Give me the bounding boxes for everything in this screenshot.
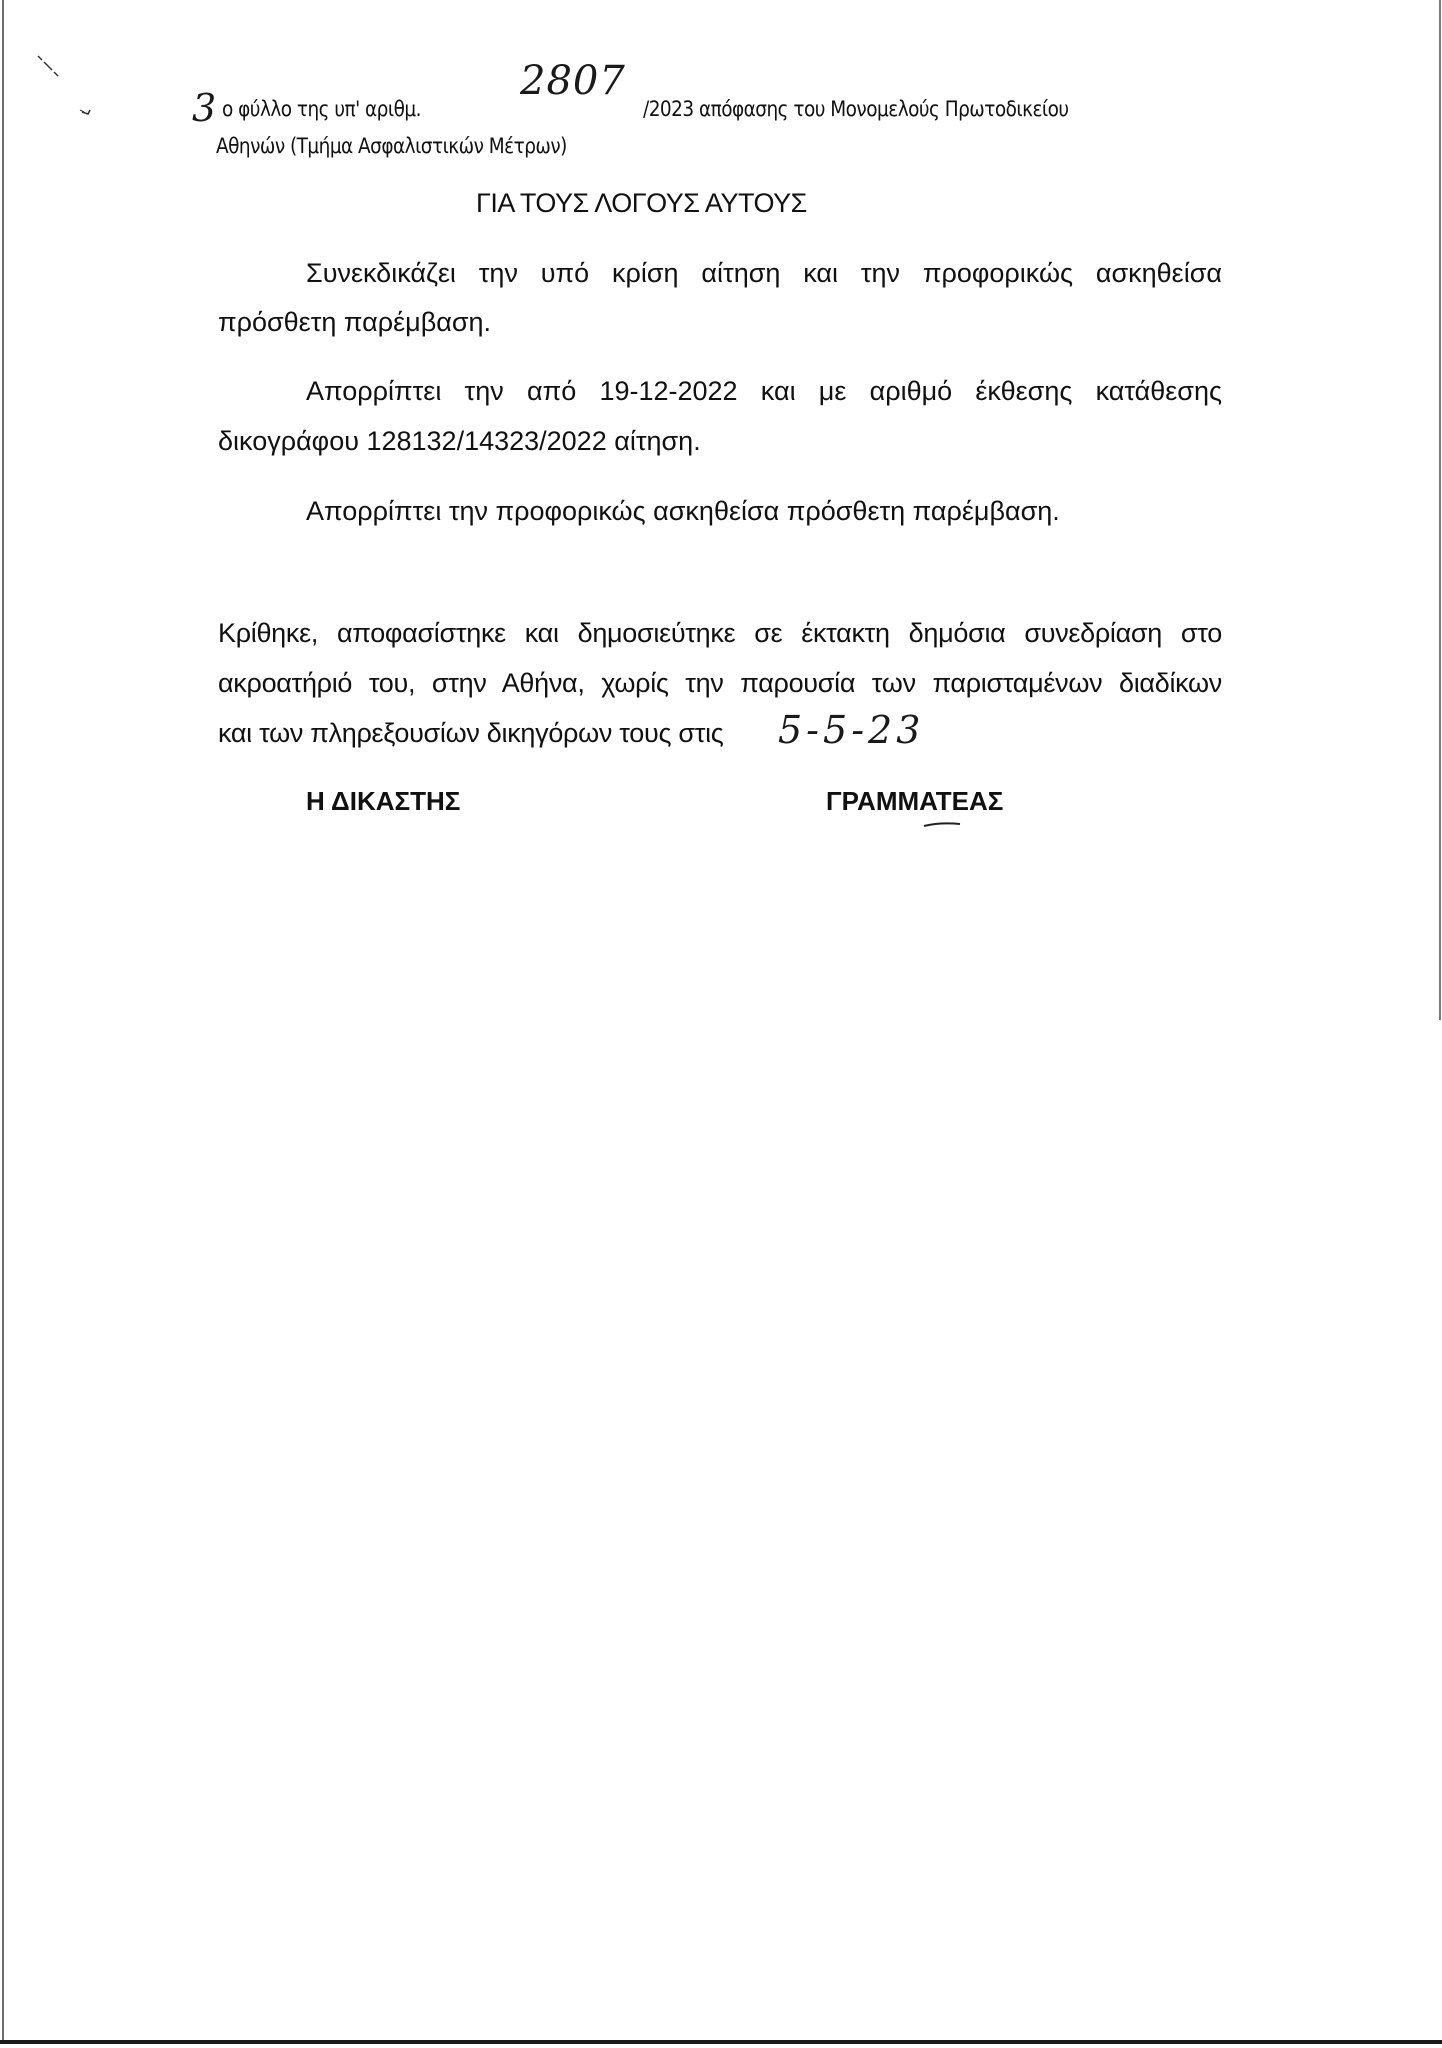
scan-border-bottom [0, 2040, 1442, 2044]
handwritten-date: 5-5-23 [778, 708, 924, 752]
header-line1-suffix: /2023 απόφασης του Μονομελούς Πρωτοδικεί… [643, 97, 1069, 121]
signature-judge-label: Η ΔΙΚΑΣΤΗΣ [306, 786, 460, 817]
ruling-1-line1: Συνεκδικάζει την υπό κρίση αίτηση και τη… [306, 258, 1222, 289]
ruling-1-line2: πρόσθετη παρέμβαση. [218, 307, 491, 338]
ruling-2-line1: Απορρίπτει την από 19-12-2022 και με αρι… [306, 376, 1222, 407]
secretary-signature-mark [920, 818, 980, 832]
ruling-2-line2: δικογράφου 128132/14323/2022 αίτηση. [218, 426, 701, 457]
handwritten-sheet-number: 3 [192, 86, 216, 130]
scan-artifact-marks [30, 50, 120, 120]
closing-line3: και των πληρεξουσίων δικηγόρων τους στις [218, 718, 724, 749]
ruling-3-line1: Απορρίπτει την προφορικώς ασκηθείσα πρόσ… [306, 496, 1060, 527]
header-line2: Αθηνών (Τμήμα Ασφαλιστικών Μέτρων) [216, 134, 567, 158]
scan-border-left [2, 0, 4, 2042]
closing-line1: Κρίθηκε, αποφασίστηκε και δημοσιεύτηκε σ… [218, 618, 1222, 649]
signature-secretary-label: ΓΡΑΜΜΑΤΕΑΣ [826, 786, 1003, 817]
header-line1-prefix: ο φύλλο της υπ' αριθμ. [222, 97, 421, 121]
section-heading: ΓΙΑ ΤΟΥΣ ΛΟΓΟΥΣ ΑΥΤΟΥΣ [476, 188, 807, 219]
handwritten-decision-number: 2807 [520, 58, 626, 104]
document-page: 3 ο φύλλο της υπ' αριθμ. 2807 /2023 απόφ… [0, 0, 1442, 2048]
scan-border-right [1439, 0, 1441, 1020]
closing-line2: ακροατήριό του, στην Αθήνα, χωρίς την πα… [218, 668, 1222, 699]
